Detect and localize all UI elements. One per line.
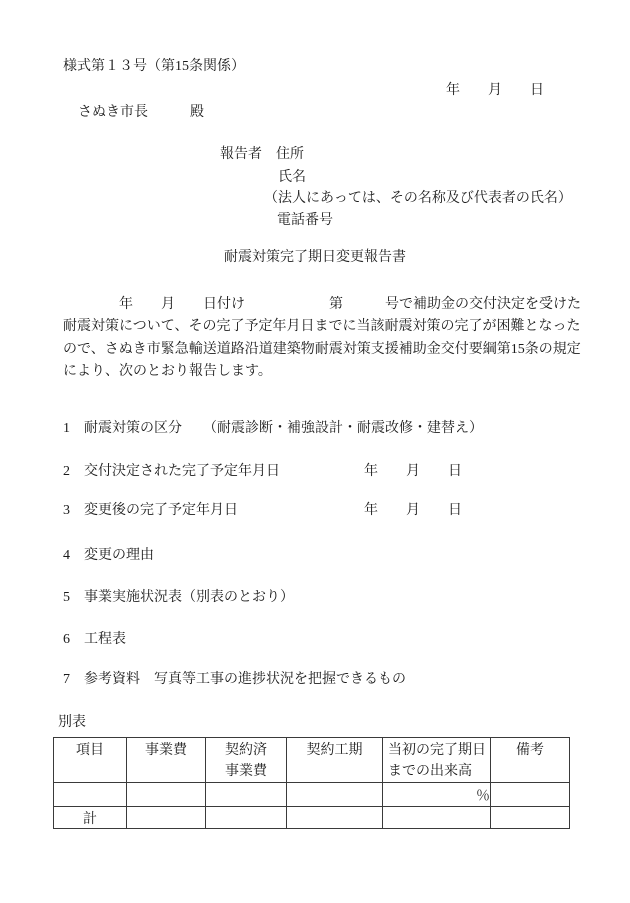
addressee-line: さぬき市長 殿 xyxy=(78,105,204,121)
list-item-3: 3 変更後の完了予定年月日 年 月 日 xyxy=(63,503,462,519)
cell-total-label: 計 xyxy=(54,807,127,829)
cell-project-cost xyxy=(127,783,206,807)
form-number: 様式第１３号（第15条関係） xyxy=(63,59,245,75)
date-placeholder: 年 月 日 xyxy=(446,83,544,99)
body-paragraph: 年 月 日付け 第 号で補助金の交付決定を受けた 耐震対策について、その完了予定… xyxy=(63,294,583,384)
cell-remarks xyxy=(491,783,570,807)
cell-contracted-cost xyxy=(206,807,287,829)
body-line: により、次のとおり報告します。 xyxy=(63,361,583,383)
reporter-corporate-note: （法人にあっては、その名称及び代表者の氏名） xyxy=(264,191,572,207)
col-header-contract-period: 契約工期 xyxy=(287,738,383,783)
list-item-7: 7 参考資料 写真等工事の進捗状況を把握できるもの xyxy=(63,672,406,688)
col-header-contracted-cost: 契約済 事業費 xyxy=(206,738,287,783)
body-line: ので、さぬき市緊急輸送道路沿道建築物耐震対策支援補助金交付要綱第15条の規定 xyxy=(63,339,583,361)
document-title: 耐震対策完了期日変更報告書 xyxy=(0,250,630,266)
cell-contract-period xyxy=(287,807,383,829)
reporter-name-label: 氏名 xyxy=(278,170,306,186)
list-item-4: 4 変更の理由 xyxy=(63,548,154,564)
cell-progress xyxy=(383,807,491,829)
table-header-row: 項目 事業費 契約済 事業費 契約工期 当初の完了期日 までの出来高 備考 xyxy=(54,738,570,783)
list-item-5: 5 事業実施状況表（別表のとおり） xyxy=(63,590,294,606)
body-line: 年 月 日付け 第 号で補助金の交付決定を受けた xyxy=(63,294,583,316)
document-page: 様式第１３号（第15条関係） 年 月 日 さぬき市長 殿 報告者 住所 氏名 （… xyxy=(0,0,630,903)
cell-remarks xyxy=(491,807,570,829)
table-total-row: 計 xyxy=(54,807,570,829)
reporter-phone-label: 電話番号 xyxy=(277,213,333,229)
cell-progress-percent: ％ xyxy=(383,783,491,807)
col-header-project-cost: 事業費 xyxy=(127,738,206,783)
cell-contracted-cost xyxy=(206,783,287,807)
col-header-remarks: 備考 xyxy=(491,738,570,783)
cell-contract-period xyxy=(287,783,383,807)
body-line: 耐震対策について、その完了予定年月日までに当該耐震対策の完了が困難となった xyxy=(63,316,583,338)
col-header-item: 項目 xyxy=(54,738,127,783)
cell-project-cost xyxy=(127,807,206,829)
reporter-address-line: 報告者 住所 xyxy=(220,147,304,163)
cell-item xyxy=(54,783,127,807)
appendix-label: 別表 xyxy=(58,715,86,731)
table-row: ％ xyxy=(54,783,570,807)
appendix-table: 項目 事業費 契約済 事業費 契約工期 当初の完了期日 までの出来高 備考 ％ … xyxy=(53,737,570,829)
col-header-progress: 当初の完了期日 までの出来高 xyxy=(383,738,491,783)
list-item-1: 1 耐震対策の区分 （耐震診断・補強設計・耐震改修・建替え） xyxy=(63,421,483,437)
list-item-2: 2 交付決定された完了予定年月日 年 月 日 xyxy=(63,464,462,480)
list-item-6: 6 工程表 xyxy=(63,632,126,648)
